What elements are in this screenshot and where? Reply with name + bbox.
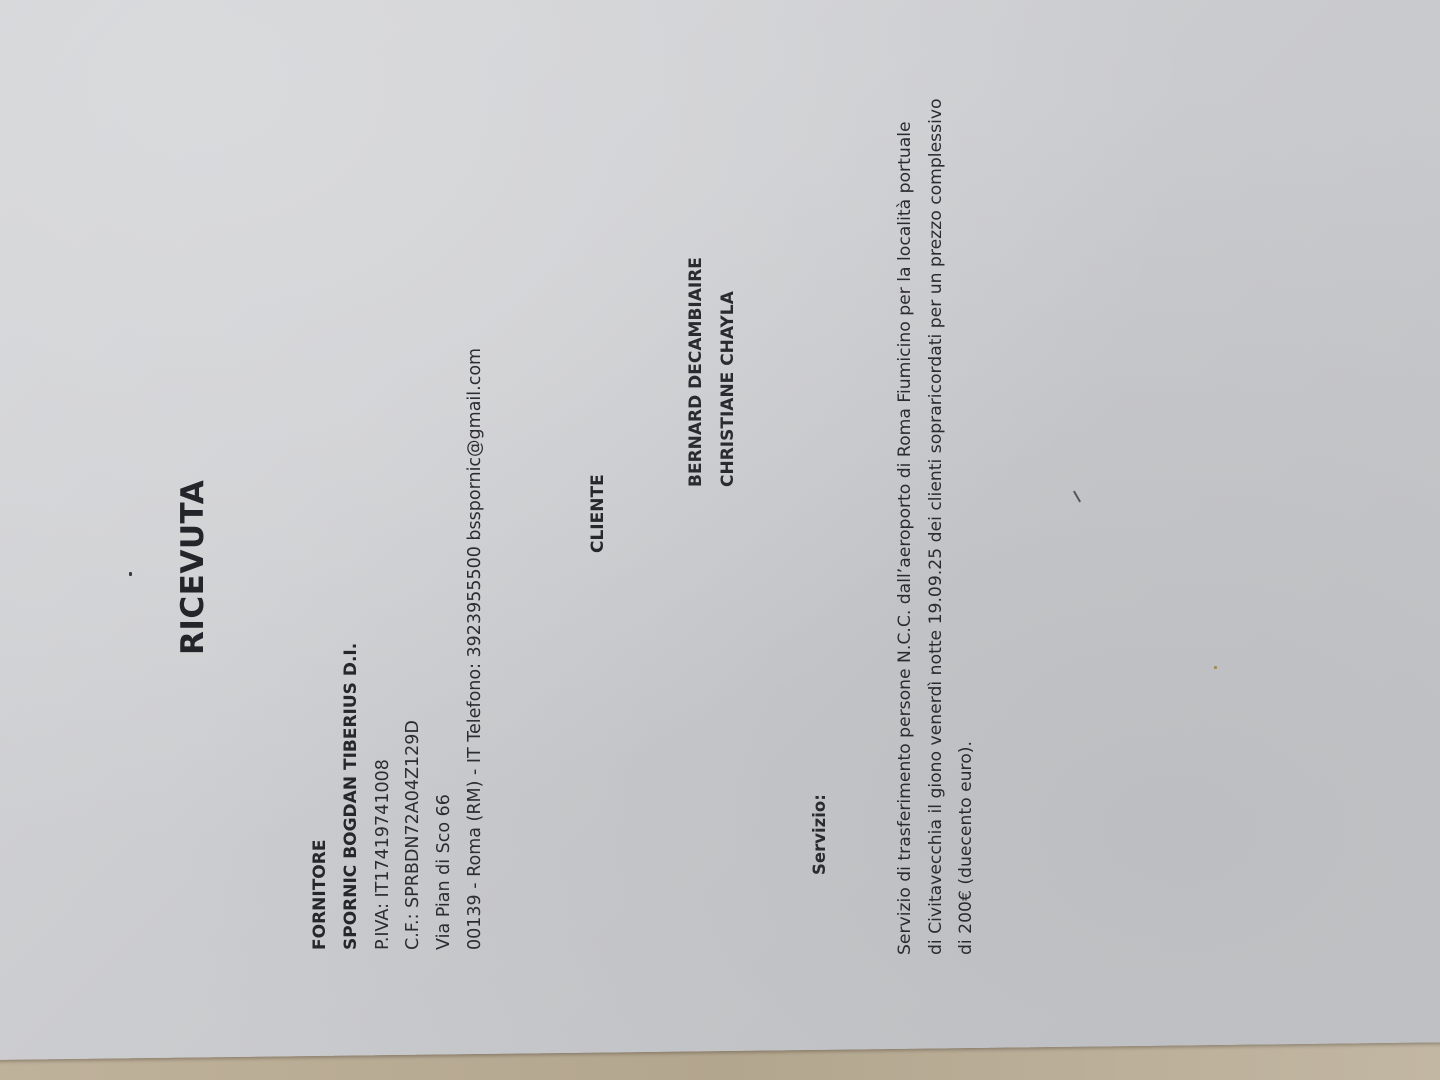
client-name: CHRISTIANE CHAYLA xyxy=(720,291,737,487)
service-description-line: di Civitavecchia il giono venerdì notte … xyxy=(928,98,945,955)
receipt-document: RICEVUTA FORNITORE SPORNIC BOGDAN TIBERI… xyxy=(0,0,1440,1080)
supplier-name: SPORNIC BOGDAN TIBERIUS D.I. xyxy=(343,643,360,950)
client-heading: CLIENTE xyxy=(590,474,607,553)
photo-scene: RICEVUTA FORNITORE SPORNIC BOGDAN TIBERI… xyxy=(0,0,1440,1080)
client-name: BERNARD DECAMBIAIRE xyxy=(688,257,705,487)
supplier-vat-number: P.IVA: IT17419741008 xyxy=(375,759,393,950)
supplier-city-contact: 00139 - Roma (RM) - IT Telefono: 3923955… xyxy=(467,348,485,950)
service-description-line: di 200€ (duecento euro). xyxy=(958,741,975,955)
supplier-tax-code: C.F.: SPRBDN72A04Z129D xyxy=(405,720,423,950)
supplier-heading: FORNITORE xyxy=(312,840,329,950)
document-title: RICEVUTA xyxy=(178,480,209,655)
service-heading: Servizio: xyxy=(812,794,829,875)
service-description-line: Servizio di trasferimento persone N.C.C.… xyxy=(897,121,914,955)
supplier-address: Via Pian di Sco 66 xyxy=(436,794,454,950)
